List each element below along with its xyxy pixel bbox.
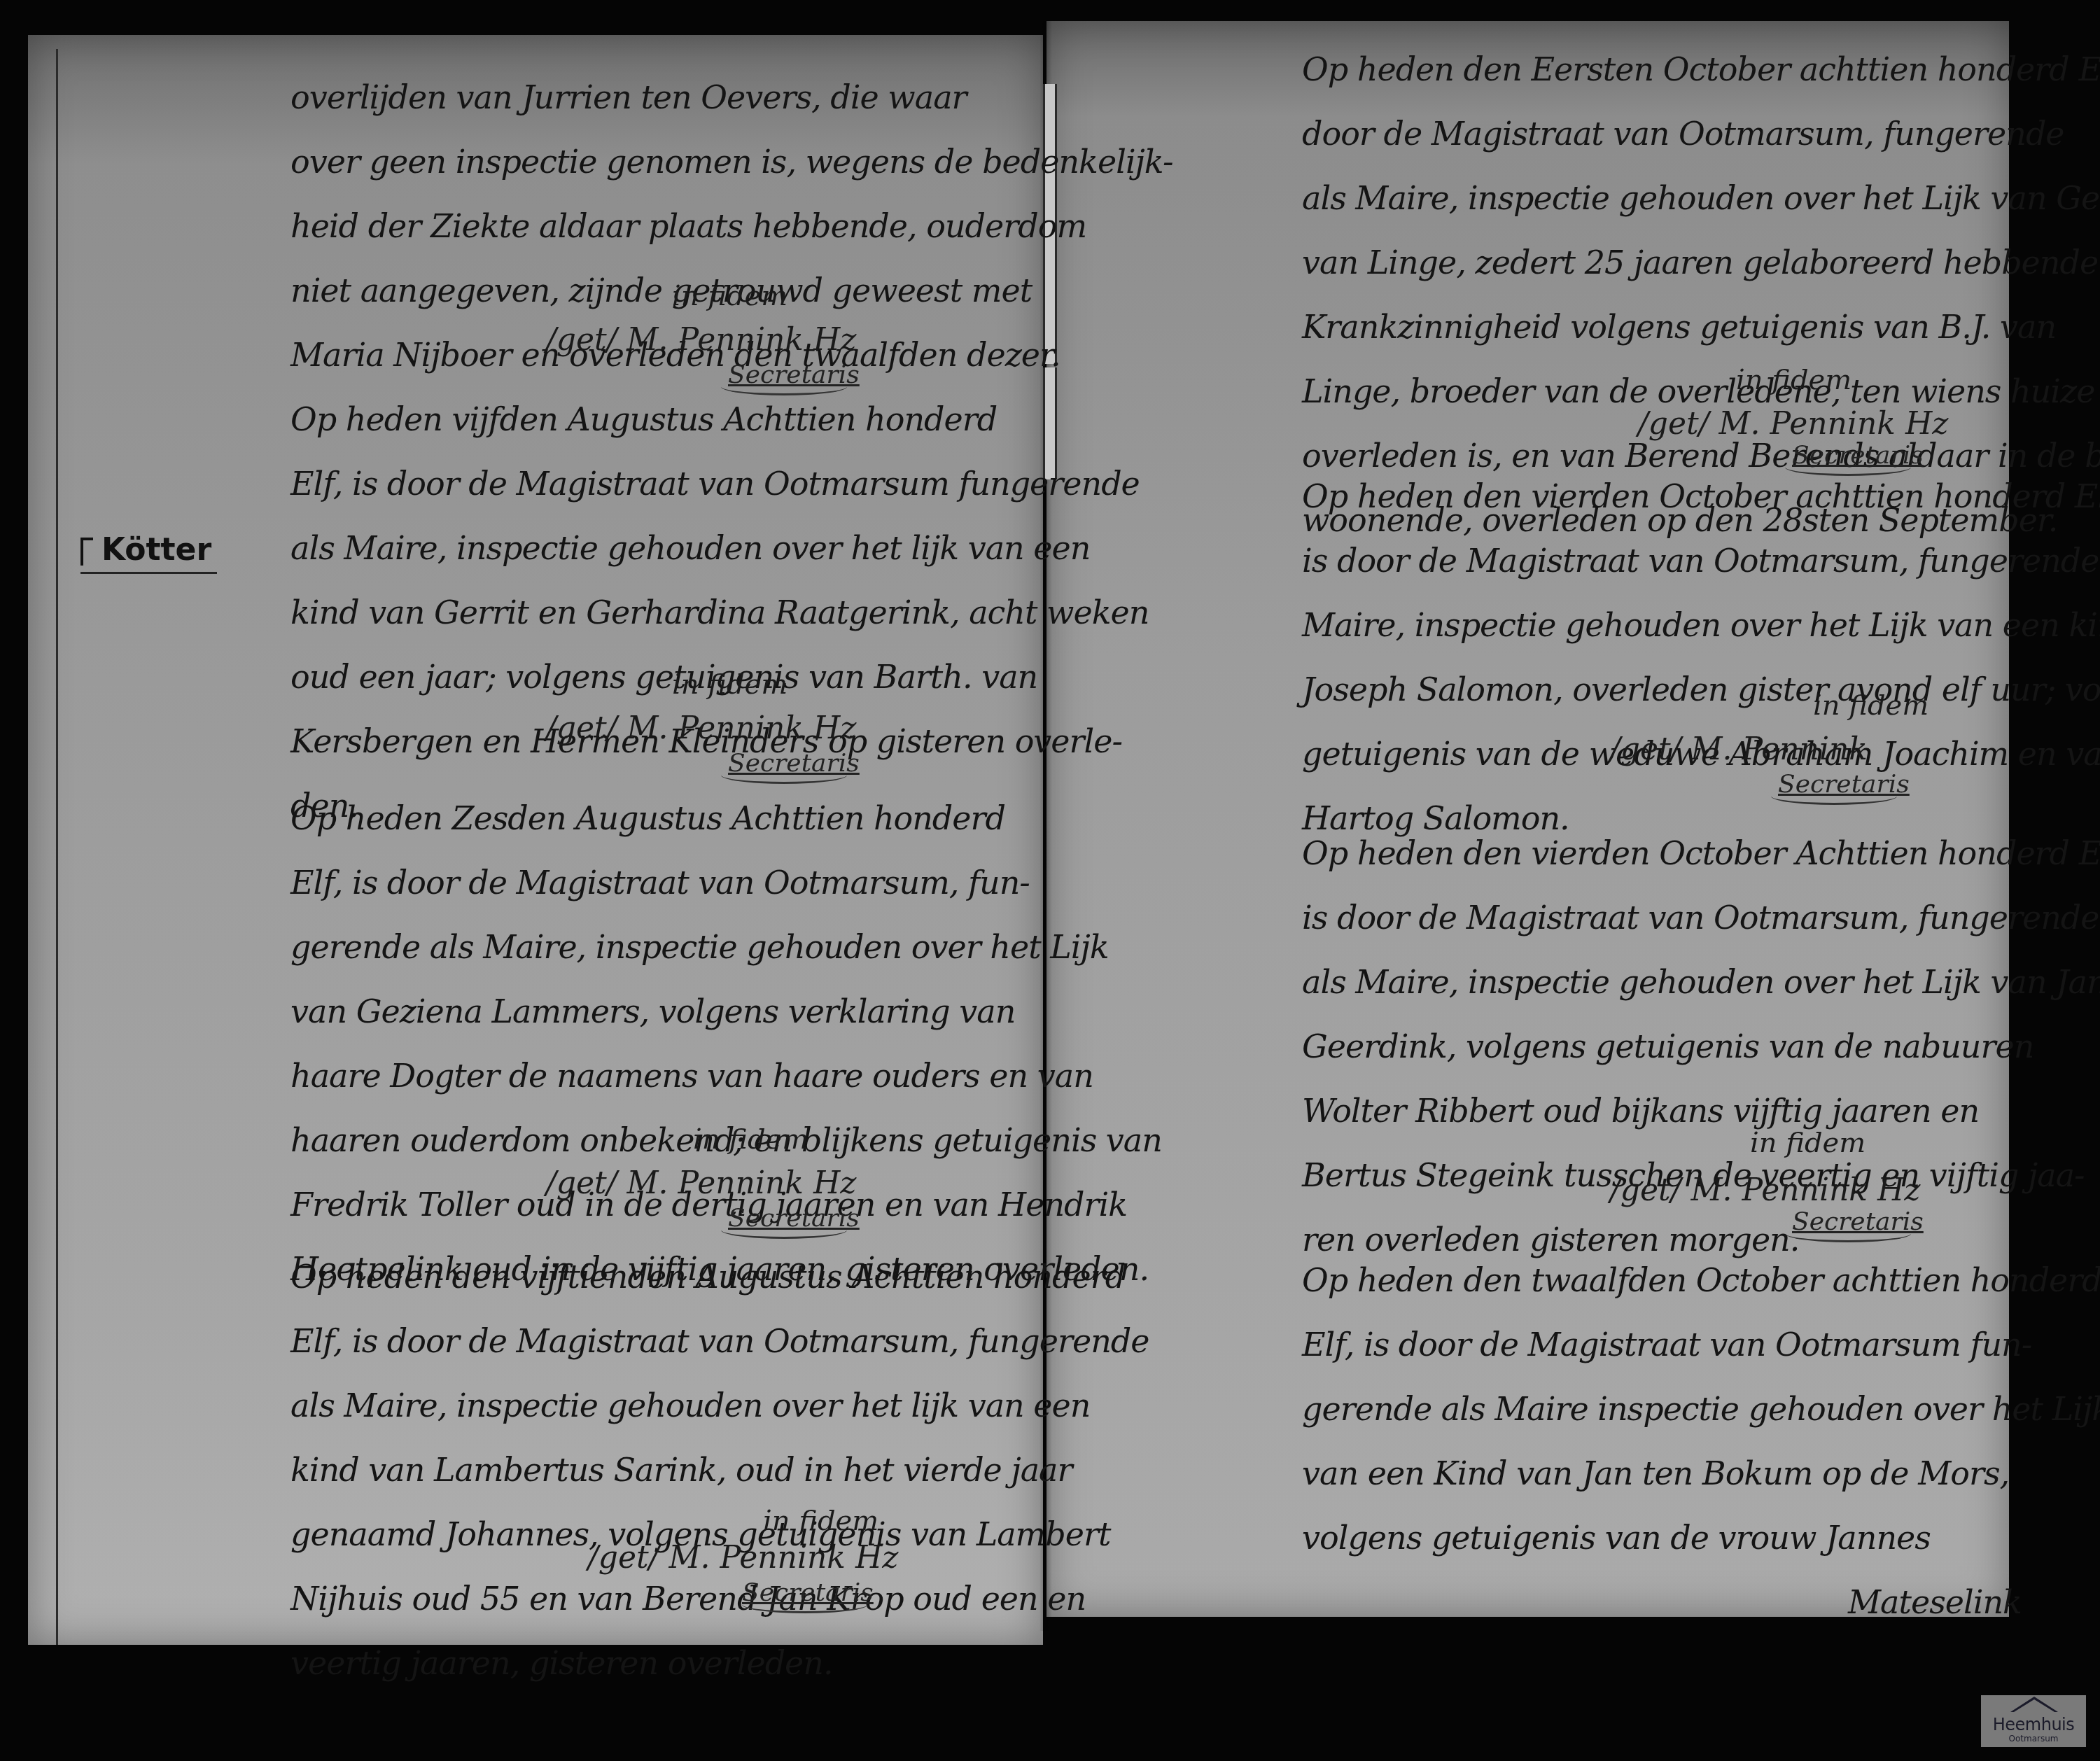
text-line: Elf, is door de Magistraat van Ootmarsum… (290, 834, 1162, 899)
signature: /get/ M. Pennink Hz (546, 710, 857, 746)
text-line: gerende als Maire inspectie gehouden ove… (1302, 1361, 2100, 1425)
text-line: gerende als Maire, inspectie gehouden ov… (290, 899, 1162, 963)
text-line: Op heden den twaalfden October achttien … (1302, 1232, 2100, 1296)
flourish (1785, 458, 1911, 476)
text-line: overlijden van Jurrien ten Oevers, die w… (290, 49, 1172, 113)
text-line: is door de Magistraat van Ootmarsum, fun… (1302, 869, 2100, 934)
text-line: Op heden Zesden Augustus Achttien honder… (290, 770, 1162, 834)
flourish (721, 378, 847, 395)
house-roof-icon (2010, 1697, 2058, 1712)
text-line: van een Kind van Jan ten Bokum op de Mor… (1302, 1425, 2100, 1489)
text-line: als Maire, inspectie gehouden over het L… (1302, 150, 2100, 214)
in-fidem: in fidem (1750, 1127, 1865, 1159)
text-line: Elf, is door de Magistraat van Ootmarsum… (290, 1293, 1149, 1357)
signature: /get/ M. Pennink Hz (546, 1165, 857, 1201)
flourish (1771, 787, 1897, 805)
text-line: Joseph Salomon, overleden gister avond e… (1302, 641, 2100, 706)
entry-left-2: Op heden vijfden Augustus Achttien honde… (290, 371, 1149, 822)
text-line: haare Dogter de naamens van haare ouders… (290, 1027, 1162, 1092)
signature: /get/ M. Pennink Hz (588, 1540, 899, 1576)
flourish (721, 1221, 847, 1239)
text-line: van Linge, zedert 25 jaaren gelaboreerd … (1302, 214, 2100, 279)
text-line: Op heden den vierden October achttien ho… (1302, 448, 2100, 512)
text-line: Geerdink, volgens getuigenis van de nabu… (1302, 998, 2100, 1062)
text-line: Op heden den vierden October Achttien ho… (1302, 805, 2100, 869)
logo-town: Ootmarsum (1981, 1734, 2086, 1744)
text-line: veertig jaaren, gisteren overleden. (290, 1615, 1149, 1679)
text-line: Krankzinnigheid volgens getuigenis van B… (1302, 279, 2100, 343)
in-fidem: in fidem (1813, 689, 1928, 722)
flourish (1785, 1225, 1911, 1242)
entry-left-4: Op heden den vijftienden Augustus Achtti… (290, 1228, 1149, 1679)
text-line: door de Magistraat van Ootmarsum, funger… (1302, 85, 2100, 150)
left-margin-rule (56, 49, 58, 1645)
text-line: Elf, is door de Magistraat van Ootmarsum… (1302, 1296, 2100, 1361)
in-fidem: in fidem (763, 1505, 878, 1537)
signature: /get/ M. Pennink Hz (546, 322, 857, 358)
in-fidem: in fidem (1736, 364, 1851, 396)
flourish (742, 1596, 868, 1613)
text-line: Maire, inspectie gehouden over het Lijk … (1302, 577, 2100, 641)
entry-right-2: Op heden den vierden October achttien ho… (1302, 448, 2100, 834)
signature: /get/ M. Pennink Hz (1638, 406, 1949, 442)
margin-annotation: Kötter (80, 532, 217, 574)
text-line: is door de Magistraat van Ootmarsum, fun… (1302, 512, 2100, 577)
text-line: als Maire, inspectie gehouden over het l… (290, 1357, 1149, 1422)
heemhuis-watermark-logo: Heemhuis Ootmarsum (1981, 1695, 2086, 1747)
text-line: als Maire, inspectie gehouden over het l… (290, 500, 1149, 564)
entry-left-3: Op heden Zesden Augustus Achttien honder… (290, 770, 1162, 1285)
text-line: Op heden den vijftienden Augustus Achtti… (290, 1228, 1149, 1293)
text-line: over geen inspectie genomen is, wegens d… (290, 113, 1172, 178)
entry-right-4: Op heden den twaalfden October achttien … (1302, 1232, 2100, 1618)
text-line: volgens getuigenis van de vrouw Jannes (1302, 1489, 2100, 1554)
in-fidem: in fidem (672, 280, 787, 312)
signature: /get/ M. Pennink (1610, 731, 1868, 767)
text-line: Wolter Ribbert oud bijkans vijftig jaare… (1302, 1062, 2100, 1127)
in-fidem: in fidem (672, 668, 787, 701)
flourish (721, 766, 847, 784)
text-line: Mateselink (1302, 1554, 2100, 1618)
text-line: heid der Ziekte aldaar plaats hebbende, … (290, 178, 1172, 242)
text-line: Elf, is door de Magistraat van Ootmarsum… (290, 435, 1149, 500)
logo-name: Heemhuis (1981, 1715, 2086, 1734)
text-line: Op heden vijfden Augustus Achttien honde… (290, 371, 1149, 435)
signature: /get/ M. Pennink Hz (1610, 1172, 1921, 1208)
text-line: van Geziena Lammers, volgens verklaring … (290, 963, 1162, 1027)
text-line: Op heden den Eersten October achttien ho… (1302, 21, 2100, 85)
text-line: Linge, broeder van de overledene, ten wi… (1302, 343, 2100, 407)
text-line: kind van Lambertus Sarink, oud in het vi… (290, 1422, 1149, 1486)
in-fidem: in fidem (693, 1123, 808, 1156)
text-line: kind van Gerrit en Gerhardina Raatgerink… (290, 564, 1149, 629)
text-line: als Maire, inspectie gehouden over het L… (1302, 934, 2100, 998)
